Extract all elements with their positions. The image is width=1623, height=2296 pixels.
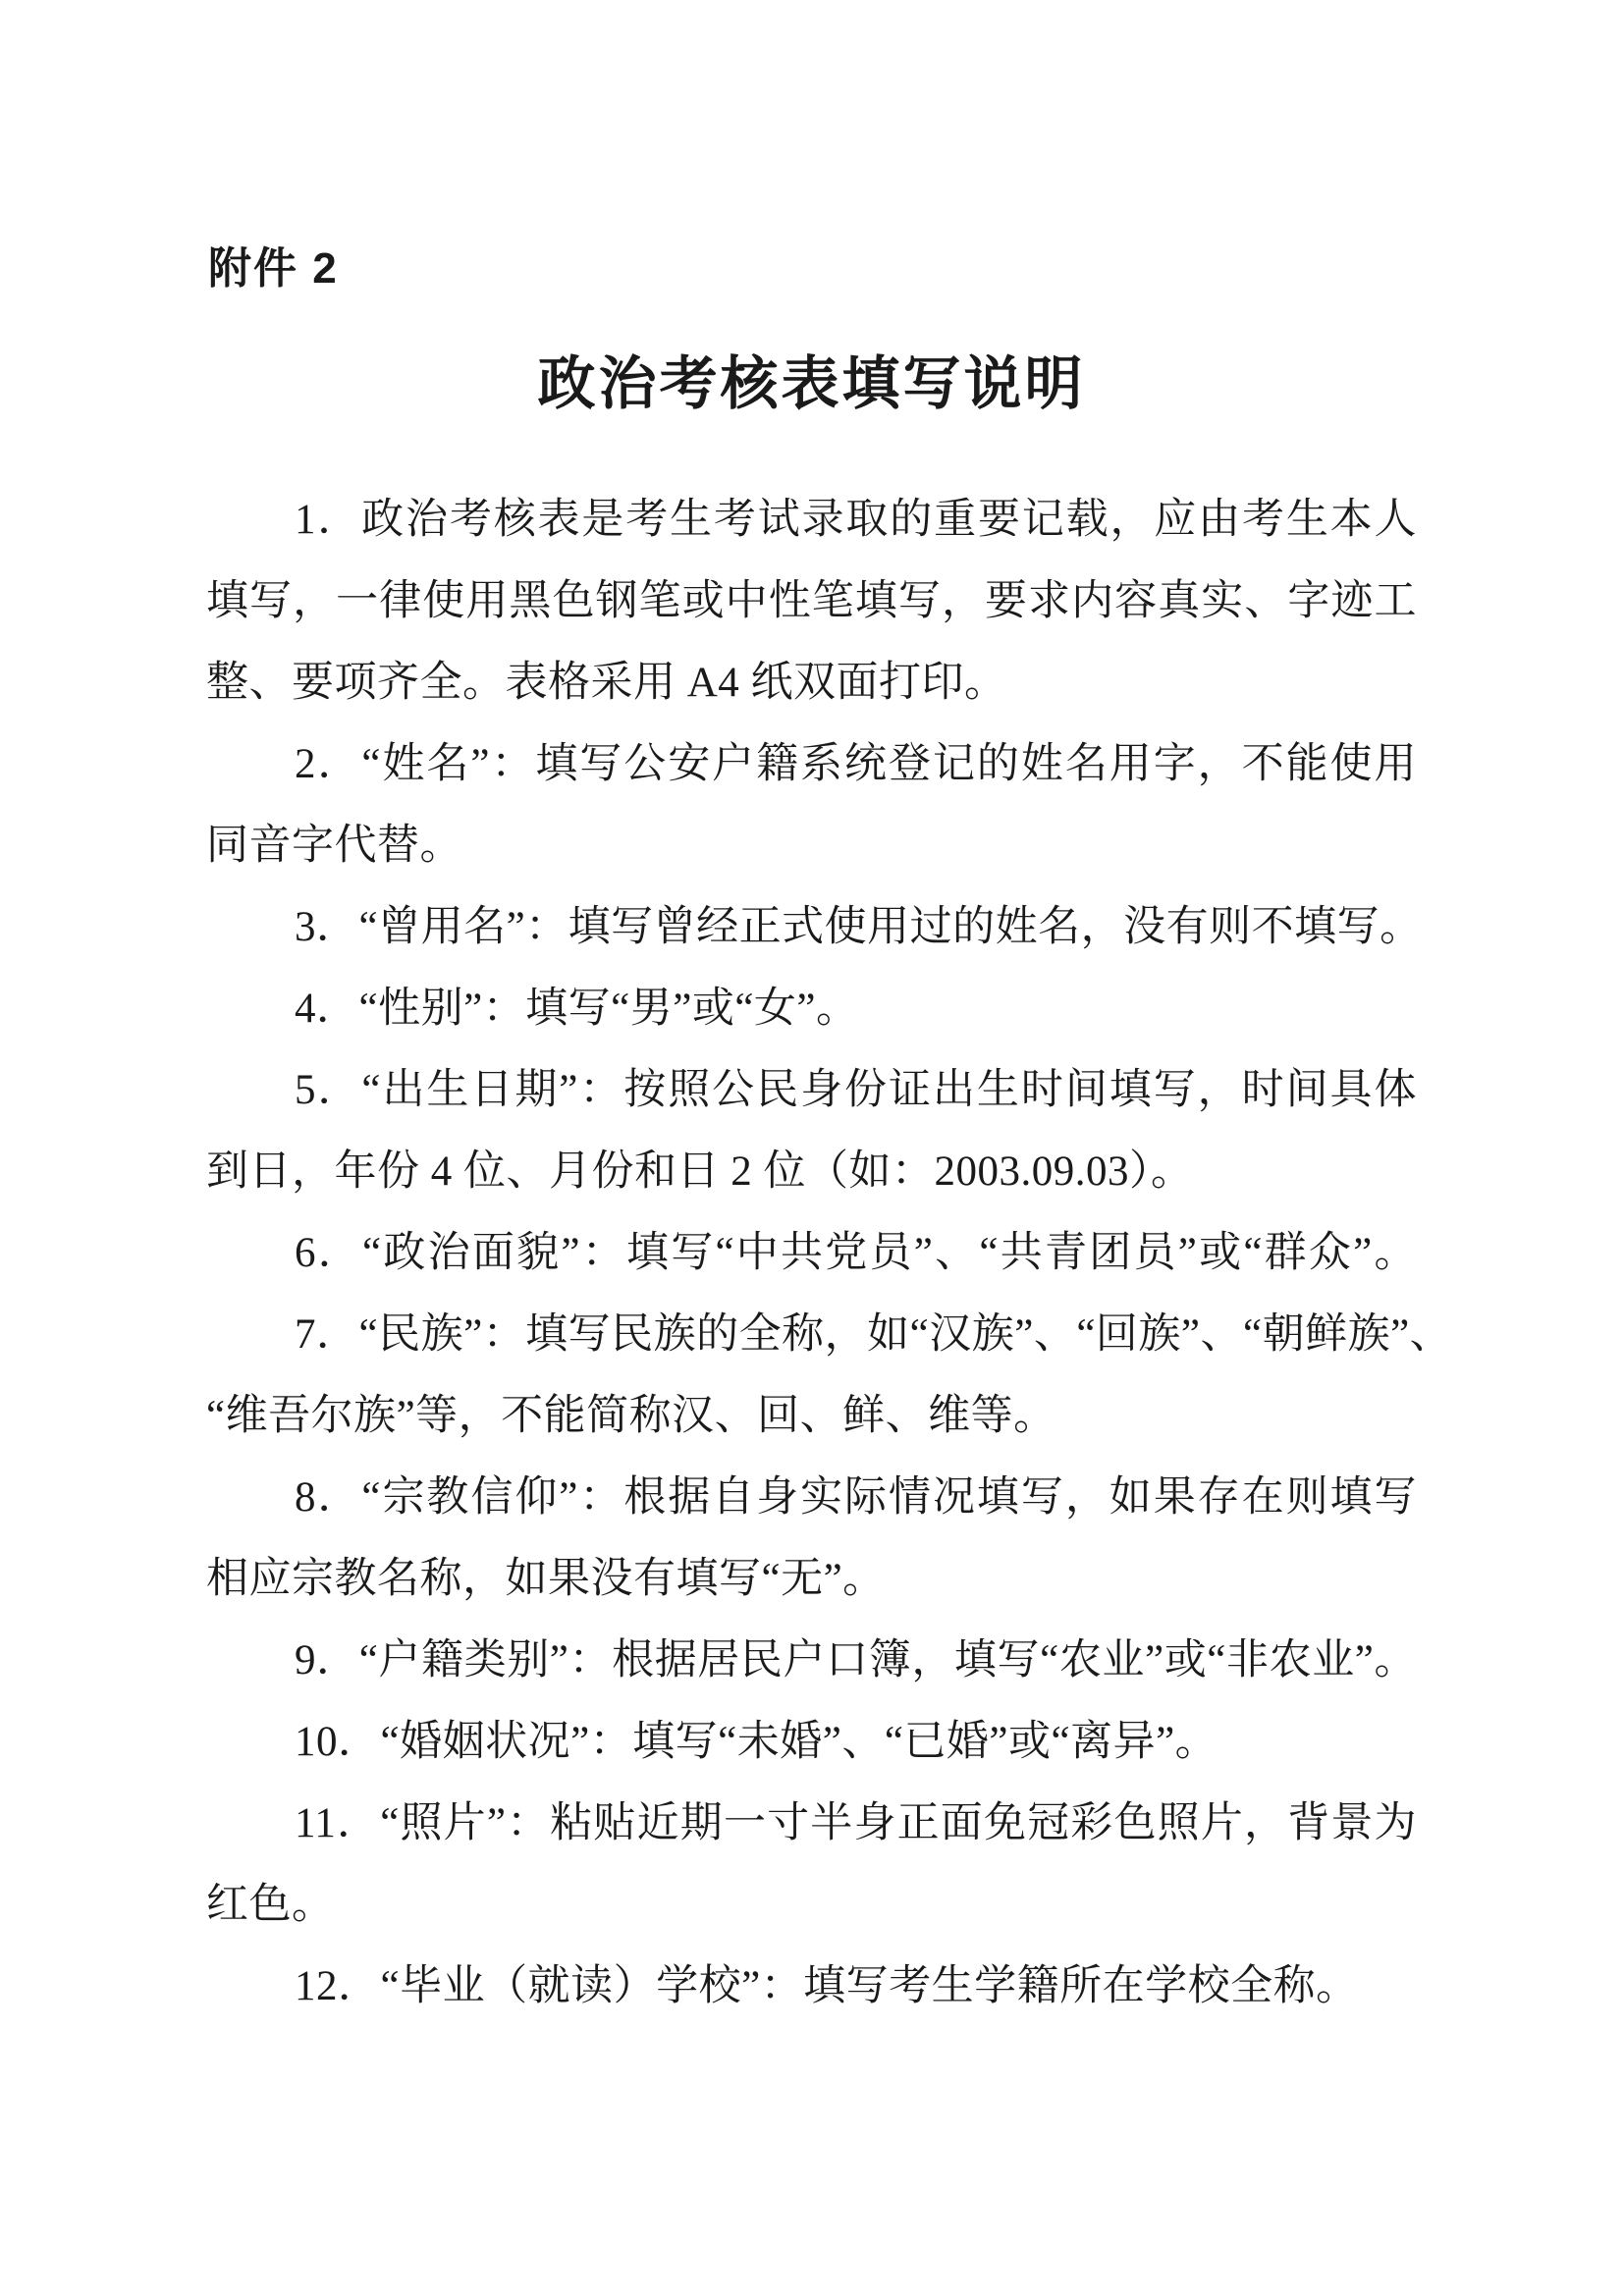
attachment-label: 附件 2 [208,245,339,293]
instruction-6-line-1: 6．“政治面貌”：填写“中共党员”、“共青团员”或“群众”。 [206,1212,1417,1294]
instruction-3-line-1: 3．“曾用名”：填写曾经正式使用过的姓名，没有则不填写。 [206,886,1417,968]
instruction-9-line-1: 9．“户籍类别”：根据居民户口簿，填写“农业”或“非农业”。 [206,1620,1417,1701]
instruction-5-line-1: 5．“出生日期”：按照公民身份证出生时间填写，时间具体 [206,1049,1417,1131]
instruction-1-line-2: 填写，一律使用黑色钢笔或中性笔填写，要求内容真实、字迹工 [206,561,1417,642]
document-page: 附件 2 政治考核表填写说明 1．政治考核表是考生考试录取的重要记载，应由考生本… [0,0,1623,2296]
instruction-2-line-2: 同音字代替。 [206,805,1417,886]
instruction-5-line-2: 到日，年份 4 位、月份和日 2 位（如：2003.09.03）。 [206,1131,1417,1212]
instruction-8-line-1: 8．“宗教信仰”：根据自身实际情况填写，如果存在则填写 [206,1457,1417,1538]
page-title: 政治考核表填写说明 [0,351,1623,416]
document-body: 1．政治考核表是考生考试录取的重要记载，应由考生本人填写，一律使用黑色钢笔或中性… [206,479,1417,2027]
instruction-7-line-2: “维吾尔族”等，不能简称汉、回、鲜、维等。 [206,1375,1417,1457]
instruction-10-line-1: 10．“婚姻状况”：填写“未婚”、“已婚”或“离异”。 [206,1701,1417,1783]
instruction-1-line-3: 整、要项齐全。表格采用 A4 纸双面打印。 [206,642,1417,723]
instruction-1-line-1: 1．政治考核表是考生考试录取的重要记载，应由考生本人 [206,479,1417,561]
instruction-4-line-1: 4．“性别”：填写“男”或“女”。 [206,968,1417,1049]
instruction-11-line-1: 11．“照片”：粘贴近期一寸半身正面免冠彩色照片，背景为 [206,1783,1417,1864]
instruction-8-line-2: 相应宗教名称，如果没有填写“无”。 [206,1538,1417,1620]
instruction-7-line-1: 7．“民族”：填写民族的全称，如“汉族”、“回族”、“朝鲜族”、 [206,1294,1417,1375]
instruction-2-line-1: 2．“姓名”：填写公安户籍系统登记的姓名用字，不能使用 [206,723,1417,805]
instruction-11-line-2: 红色。 [206,1864,1417,1946]
instruction-12-line-1: 12．“毕业（就读）学校”：填写考生学籍所在学校全称。 [206,1946,1417,2027]
